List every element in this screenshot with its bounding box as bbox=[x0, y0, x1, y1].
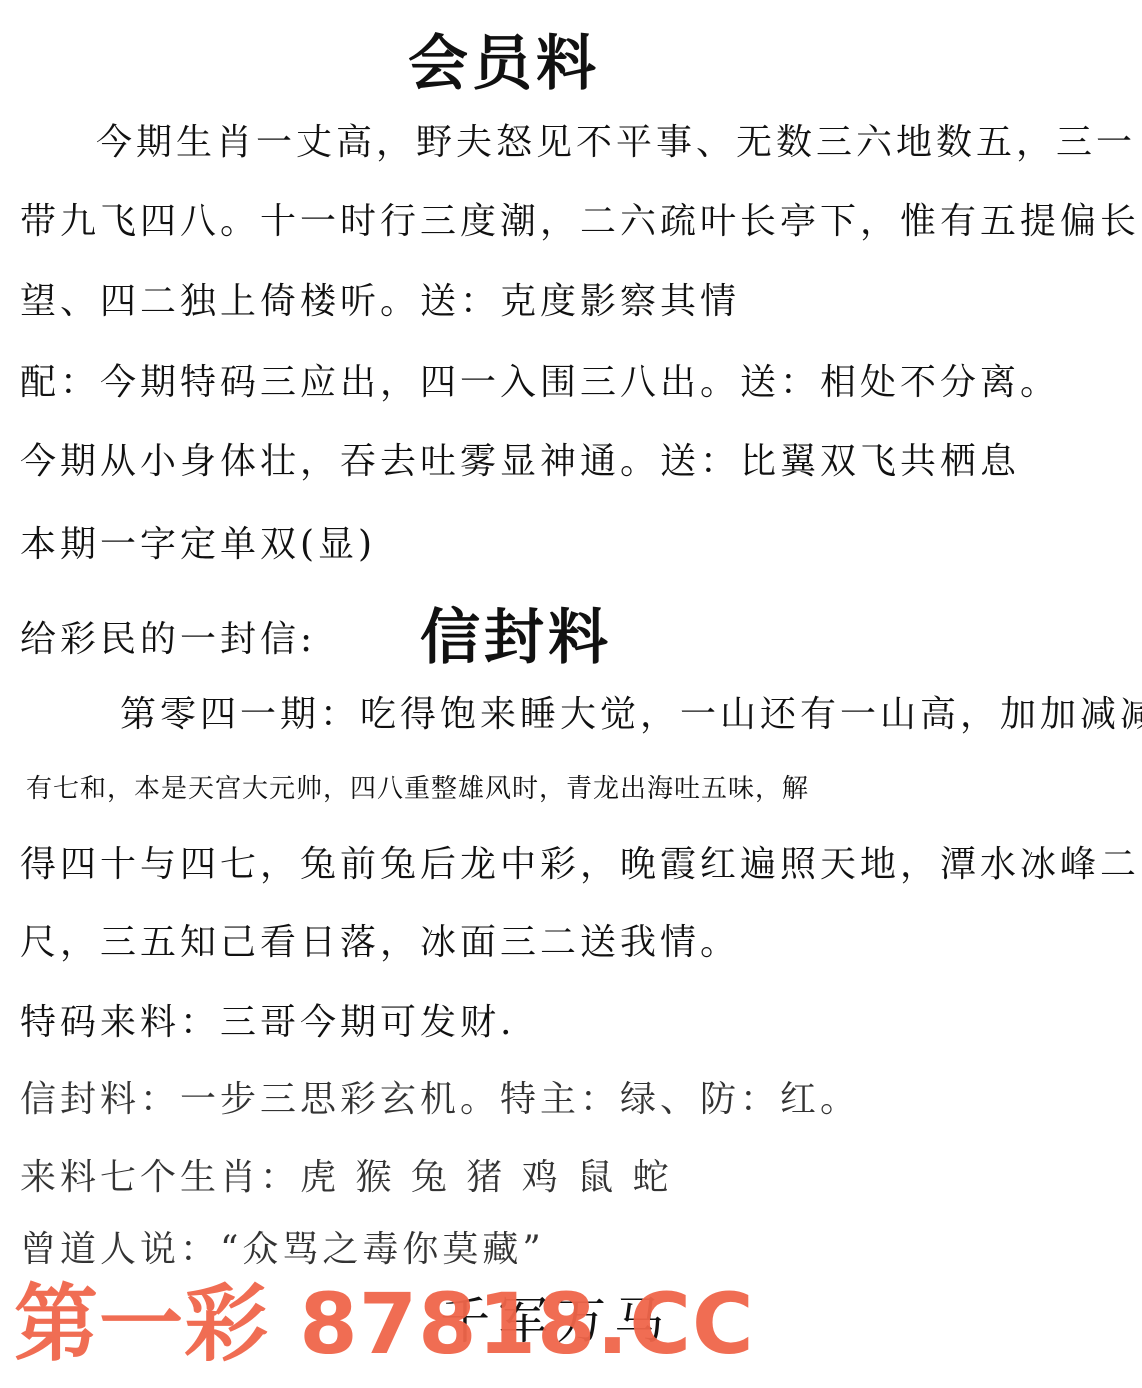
watermark: 第一彩 87818.CC bbox=[14, 1282, 755, 1366]
envelope-section-title: 信封料 bbox=[420, 608, 612, 668]
member-line: 今期生肖一丈高，野夫怒见不平事、无数三六地数五，三一 bbox=[96, 125, 1136, 161]
envelope-line: 特码来料：三哥今期可发财. bbox=[20, 1005, 515, 1041]
envelope-line: 来料七个生肖：虎 猴 兔 猪 鸡 鼠 蛇 bbox=[20, 1160, 673, 1196]
envelope-line: 信封料：一步三思彩玄机。特主：绿、防：红。 bbox=[20, 1082, 860, 1118]
envelope-line: 尺，三五知己看日落，冰面三二送我情。 bbox=[20, 925, 740, 961]
member-section-title: 会员料 bbox=[408, 34, 600, 94]
member-line: 带九飞四八。十一时行三度潮，二六疏叶长亭下，惟有五提偏长 bbox=[20, 204, 1140, 240]
member-line: 本期一字定单双(显) bbox=[20, 527, 376, 563]
member-line: 今期从小身体壮，吞去吐雾显神通。送：比翼双飞共栖息 bbox=[20, 444, 1020, 480]
member-line: 配：今期特码三应出，四一入围三八出。送：相处不分离。 bbox=[20, 365, 1060, 401]
envelope-line: 第零四一期：吃得饱来睡大觉，一山还有一山高，加加减减 bbox=[120, 697, 1142, 733]
member-line: 望、四二独上倚楼听。送：克度影察其情 bbox=[20, 284, 740, 320]
envelope-line: 得四十与四七，兔前兔后龙中彩，晚霞红遍照天地，潭水冰峰二四 bbox=[20, 847, 1142, 883]
letter-label: 给彩民的一封信: bbox=[20, 622, 316, 658]
envelope-line: 有七和，本是天宫大元帅，四八重整雄风时，青龙出海吐五味，解 bbox=[26, 776, 809, 802]
envelope-line: 曾道人说：“众骂之毒你莫藏” bbox=[20, 1232, 545, 1268]
